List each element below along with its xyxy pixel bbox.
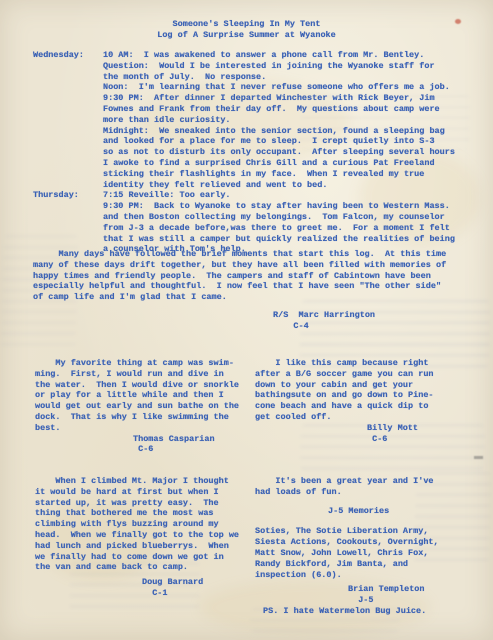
note-swimming-text: My favorite thing at camp was swim- ming… — [35, 358, 247, 434]
j5-memories-list: Soties, The Sotie Liberation Army, Siest… — [255, 526, 473, 580]
j5-memories-heading: J-5 Memories — [328, 506, 473, 517]
scanned-newsletter-page: Someone's Sleeping In My Tent Log of A S… — [0, 0, 493, 640]
signature-thomas-casparian: Thomas Casparian C-6 — [133, 434, 247, 456]
signature-doug-barnard: Doug Barnard C-1 — [142, 577, 247, 599]
day-label-thursday: Thursday: — [33, 190, 103, 255]
daily-log: Wednesday: 10 AM: I was awakened to answ… — [33, 50, 465, 255]
signature-brian-templeton: Brian Templeton J-5 — [348, 584, 473, 606]
note-mt-major-text: When I climbed Mt. Major I thought it wo… — [35, 476, 247, 573]
note-great-year-text: It's been a great year and I've had load… — [255, 476, 473, 498]
title-line-1: Someone's Sleeping In My Tent — [0, 19, 493, 30]
note-swimming: My favorite thing at camp was swim- ming… — [35, 358, 247, 455]
log-row-thursday: Thursday: 7:15 Reveille: Too early. 9:30… — [33, 190, 465, 255]
note-soccer-dip-text: I like this camp because right after a B… — [255, 358, 473, 423]
pencil-mark — [474, 456, 483, 459]
log-row-wednesday: Wednesday: 10 AM: I was awakened to answ… — [33, 50, 465, 190]
day-label-wednesday: Wednesday: — [33, 50, 103, 190]
closing-paragraph: Many days have followed the brief moment… — [33, 249, 473, 303]
signature-billy-mott: Billy Mott C-6 — [367, 423, 473, 445]
log-entry-wednesday: 10 AM: I was awakened to answer a phone … — [103, 50, 465, 190]
log-entry-thursday: 7:15 Reveille: Too early. 9:30 PM: Back … — [103, 190, 465, 255]
document-title: Someone's Sleeping In My Tent Log of A S… — [0, 19, 493, 41]
note-j5-memories: It's been a great year and I've had load… — [255, 476, 473, 617]
title-line-2: Log of A Surprise Summer at Wyanoke — [0, 30, 493, 41]
note-soccer-dip: I like this camp because right after a B… — [255, 358, 473, 444]
note-mt-major: When I climbed Mt. Major I thought it wo… — [35, 476, 247, 599]
ps-line: PS. I hate Watermelon Bug Juice. — [263, 606, 473, 617]
signature-marc-harrington: R/S Marc Harrington C-4 — [273, 310, 375, 332]
